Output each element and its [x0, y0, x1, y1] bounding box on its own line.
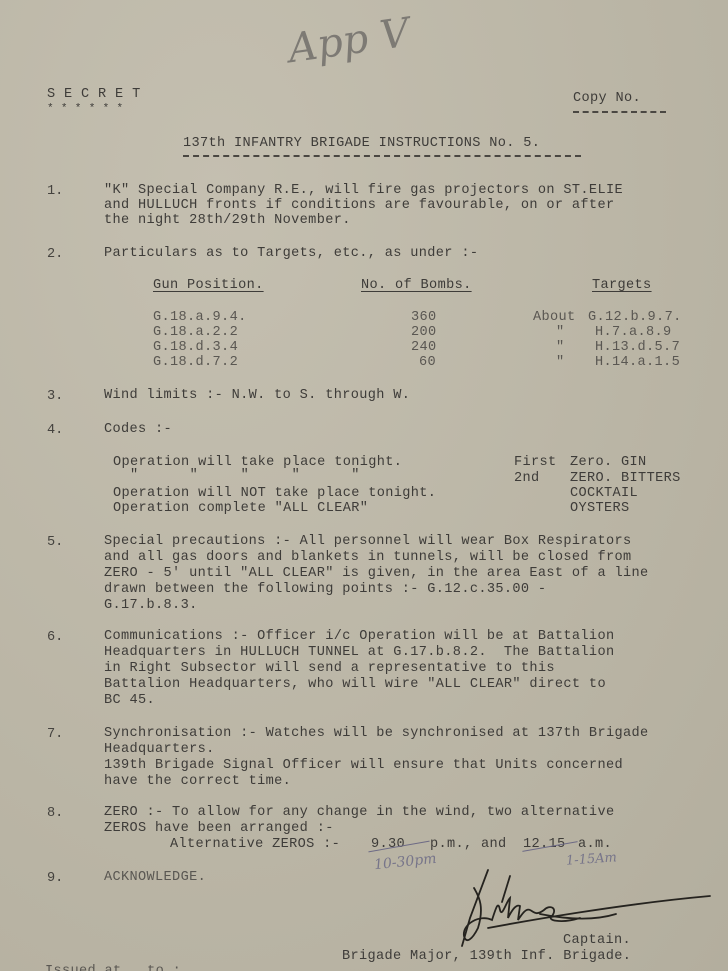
target-ref: G.12.b.9.7. — [588, 311, 682, 325]
para-7-line-1: Synchronisation :- Watches will be synch… — [104, 727, 648, 741]
bomb-count: 200 — [411, 326, 437, 340]
bomb-count: 60 — [419, 356, 436, 370]
target-ref: H.14.a.1.5 — [595, 356, 680, 370]
header-bombs: No. of Bombs. — [361, 279, 472, 293]
para-6-line-3: in Right Subsector will send a represent… — [104, 662, 555, 676]
target-prefix: About — [533, 311, 576, 325]
para-number: 4. — [47, 423, 63, 438]
classification-stars: * * * * * * — [47, 102, 123, 116]
para-number: 8. — [47, 806, 63, 821]
para-2-line-1: Particulars as to Targets, etc., as unde… — [104, 247, 478, 261]
para-5-line-5: G.17.b.8.3. — [104, 599, 198, 613]
para-number: 3. — [47, 389, 63, 404]
gun-position: G.18.d.7.2 — [153, 356, 238, 370]
para-4-line-1: Codes :- — [104, 423, 172, 437]
code-word: Zero. GIN — [570, 456, 647, 470]
header-gun-position: Gun Position. — [153, 279, 264, 293]
para-6-line-1: Communications :- Officer i/c Operation … — [104, 630, 614, 644]
para-6-line-5: BC 45. — [104, 694, 155, 708]
classification-label: S E C R E T — [47, 88, 141, 102]
document-page: App V S E C R E T * * * * * * Copy No. 1… — [0, 0, 728, 971]
copy-number-label: Copy No. — [573, 92, 641, 106]
para-number: 1. — [47, 184, 63, 199]
para-5-line-3: ZERO - 5' until "ALL CLEAR" is given, in… — [104, 567, 648, 581]
bomb-count: 360 — [411, 311, 437, 325]
para-6-line-2: Headquarters in HULLUCH TUNNEL at G.17.b… — [104, 646, 614, 660]
para-7-line-4: have the correct time. — [104, 775, 291, 789]
zero-1-suffix: p.m., and — [430, 838, 507, 852]
para-8-line-2: ZEROS have been arranged :- — [104, 822, 334, 836]
code-word: COCKTAIL — [570, 487, 638, 501]
target-ref: H.13.d.5.7 — [595, 341, 680, 355]
target-prefix: " — [556, 356, 565, 370]
target-ref: H.7.a.8.9 — [595, 326, 672, 340]
para-number: 7. — [47, 727, 63, 742]
pencil-annotation: App V — [285, 10, 412, 72]
signatory-rank: Captain. — [563, 934, 631, 948]
bomb-count: 240 — [411, 341, 437, 355]
para-9-line-1: ACKNOWLEDGE. — [104, 871, 206, 885]
code-word: OYSTERS — [570, 502, 630, 516]
target-prefix: " — [556, 341, 565, 355]
alternative-zeros-label: Alternative ZEROS :- — [170, 838, 340, 852]
gun-position: G.18.d.3.4 — [153, 341, 238, 355]
para-number: 9. — [47, 871, 63, 886]
gun-position: G.18.a.2.2 — [153, 326, 238, 340]
target-prefix: " — [556, 326, 565, 340]
para-1-line-1: "K" Special Company R.E., will fire gas … — [104, 184, 623, 198]
para-1-line-3: the night 28th/29th November. — [104, 214, 351, 228]
para-7-line-3: 139th Brigade Signal Officer will ensure… — [104, 759, 623, 773]
para-3-line-1: Wind limits :- N.W. to S. through W. — [104, 389, 410, 403]
code-prefix: First — [514, 456, 557, 470]
para-number: 5. — [47, 535, 63, 550]
para-5-line-2: and all gas doors and blankets in tunnel… — [104, 551, 631, 565]
code-prefix: 2nd — [514, 472, 540, 486]
para-5-line-4: drawn between the following points :- G.… — [104, 583, 546, 597]
signatory-title: Brigade Major, 139th Inf. Brigade. — [342, 950, 631, 964]
copy-number-line — [573, 108, 666, 113]
code-meaning: Operation complete "ALL CLEAR" — [113, 502, 368, 516]
code-word: ZERO. BITTERS — [570, 472, 681, 486]
para-number: 6. — [47, 630, 63, 645]
para-8-line-1: ZERO :- To allow for any change in the w… — [104, 806, 614, 820]
code-meaning: Operation will NOT take place tonight. — [113, 487, 436, 501]
handwritten-zero-1: 10-30pm — [373, 851, 437, 873]
para-1-line-2: and HULLUCH fronts if conditions are fav… — [104, 199, 614, 213]
title-underline — [183, 152, 581, 157]
para-6-line-4: Battalion Headquarters, who will wire "A… — [104, 678, 606, 692]
code-meaning: " " " " " — [113, 469, 360, 483]
gun-position: G.18.a.9.4. — [153, 311, 247, 325]
para-5-line-1: Special precautions :- All personnel wil… — [104, 535, 631, 549]
para-7-line-2: Headquarters. — [104, 743, 215, 757]
header-targets: Targets — [592, 279, 652, 293]
document-title: 137th INFANTRY BRIGADE INSTRUCTIONS No. … — [183, 137, 540, 151]
issued-at-line: Issued at to : — [45, 965, 181, 971]
para-number: 2. — [47, 247, 63, 262]
